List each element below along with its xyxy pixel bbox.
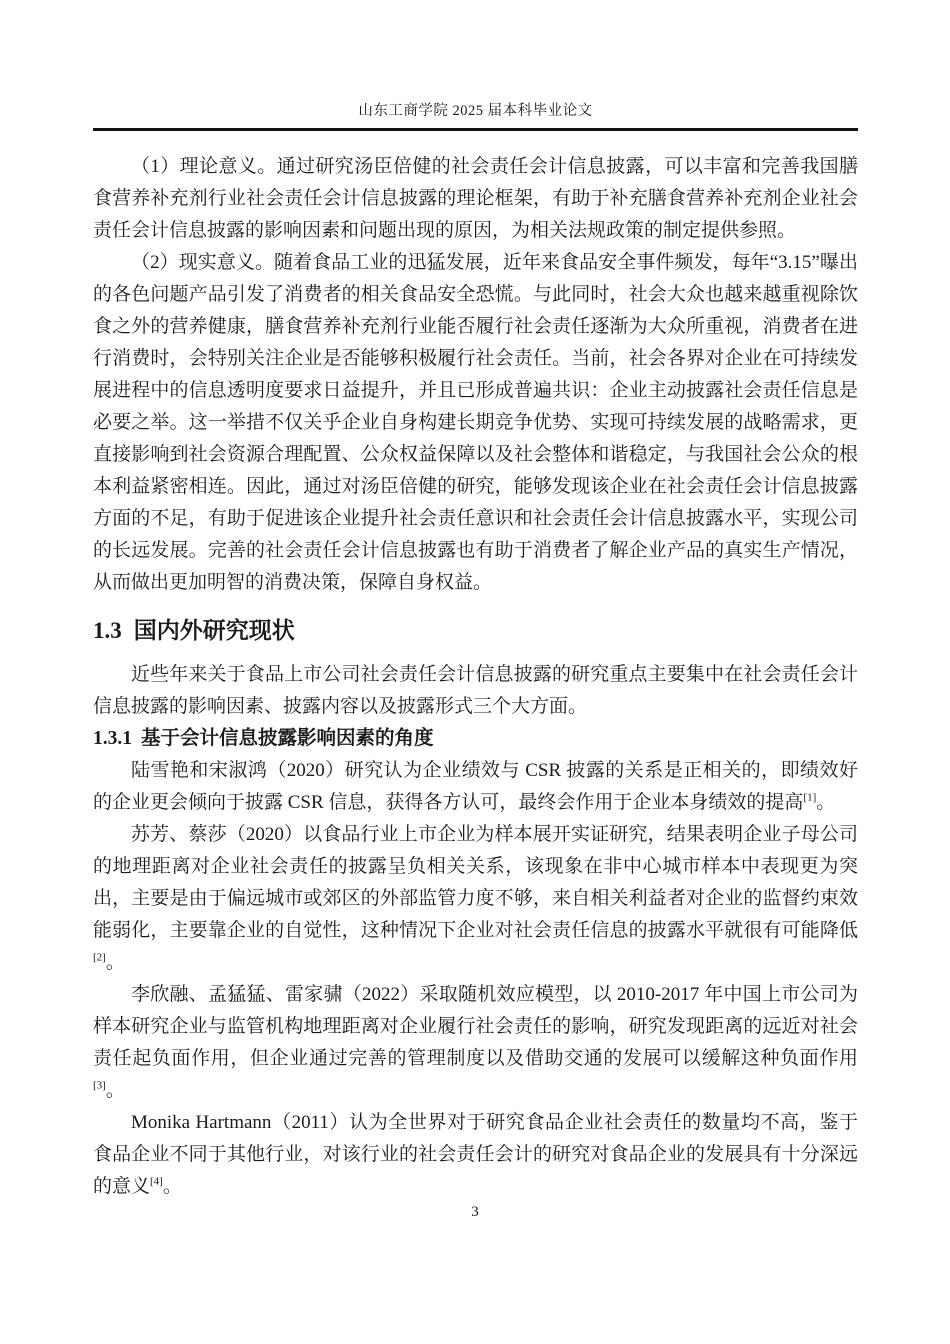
citation-marker-3: [3]: [93, 1080, 106, 1092]
literature-text: 李欣融、孟猛猛、雷家骕（2022）采取随机效应模型，以 2010-2017 年中…: [93, 984, 858, 1069]
subsection-title: 基于会计信息披露影响因素的角度: [141, 728, 434, 749]
literature-tail: 。: [106, 1080, 125, 1101]
section-heading: 1.3国内外研究现状: [93, 613, 858, 649]
header-rule: [93, 128, 858, 131]
literature-paragraph-1: 陆雪艳和宋淑鸿（2020）研究认为企业绩效与 CSR 披露的关系是正相关的，即绩…: [93, 755, 858, 819]
page-footer: 3: [0, 1201, 950, 1223]
literature-tail: 。: [816, 792, 835, 813]
subsection-number: 1.3.1: [93, 728, 132, 749]
page-number: 3: [471, 1204, 479, 1220]
paragraph-research-overview: 近些年来关于食品上市公司社会责任会计信息披露的研究重点主要集中在社会责任会计信息…: [93, 659, 858, 723]
document-body: （1）理论意义。通过研究汤臣倍健的社会责任会计信息披露，可以丰富和完善我国膳食营…: [93, 151, 858, 1203]
literature-text: 陆雪艳和宋淑鸿（2020）研究认为企业绩效与 CSR 披露的关系是正相关的，即绩…: [93, 760, 858, 813]
literature-text: Monika Hartmann（2011）认为全世界对于研究食品企业社会责任的数…: [93, 1112, 858, 1197]
citation-marker-4: [4]: [150, 1176, 163, 1188]
paragraph-theoretical-significance: （1）理论意义。通过研究汤臣倍健的社会责任会计信息披露，可以丰富和完善我国膳食营…: [93, 151, 858, 247]
literature-paragraph-3: 李欣融、孟猛猛、雷家骕（2022）采取随机效应模型，以 2010-2017 年中…: [93, 979, 858, 1107]
literature-paragraph-4: Monika Hartmann（2011）认为全世界对于研究食品企业社会责任的数…: [93, 1107, 858, 1203]
section-number: 1.3: [93, 618, 122, 643]
header-title: 山东工商学院 2025 届本科毕业论文: [93, 0, 858, 121]
paragraph-practical-significance: （2）现实意义。随着食品工业的迅猛发展，近年来食品安全事件频发，每年“3.15”…: [93, 247, 858, 599]
literature-tail: 。: [106, 952, 125, 973]
citation-marker-1: [1]: [803, 792, 816, 804]
citation-marker-2: [2]: [93, 952, 106, 964]
document-page: 山东工商学院 2025 届本科毕业论文 （1）理论意义。通过研究汤臣倍健的社会责…: [0, 0, 950, 1344]
literature-paragraph-2: 苏芳、蔡莎（2020）以食品行业上市企业为样本展开实证研究，结果表明企业子母公司…: [93, 819, 858, 979]
literature-tail: 。: [163, 1176, 182, 1197]
literature-text: 苏芳、蔡莎（2020）以食品行业上市企业为样本展开实证研究，结果表明企业子母公司…: [93, 824, 858, 941]
subsection-heading: 1.3.1基于会计信息披露影响因素的角度: [93, 723, 858, 755]
page-header: 山东工商学院 2025 届本科毕业论文: [93, 0, 858, 131]
section-title: 国内外研究现状: [134, 618, 295, 643]
